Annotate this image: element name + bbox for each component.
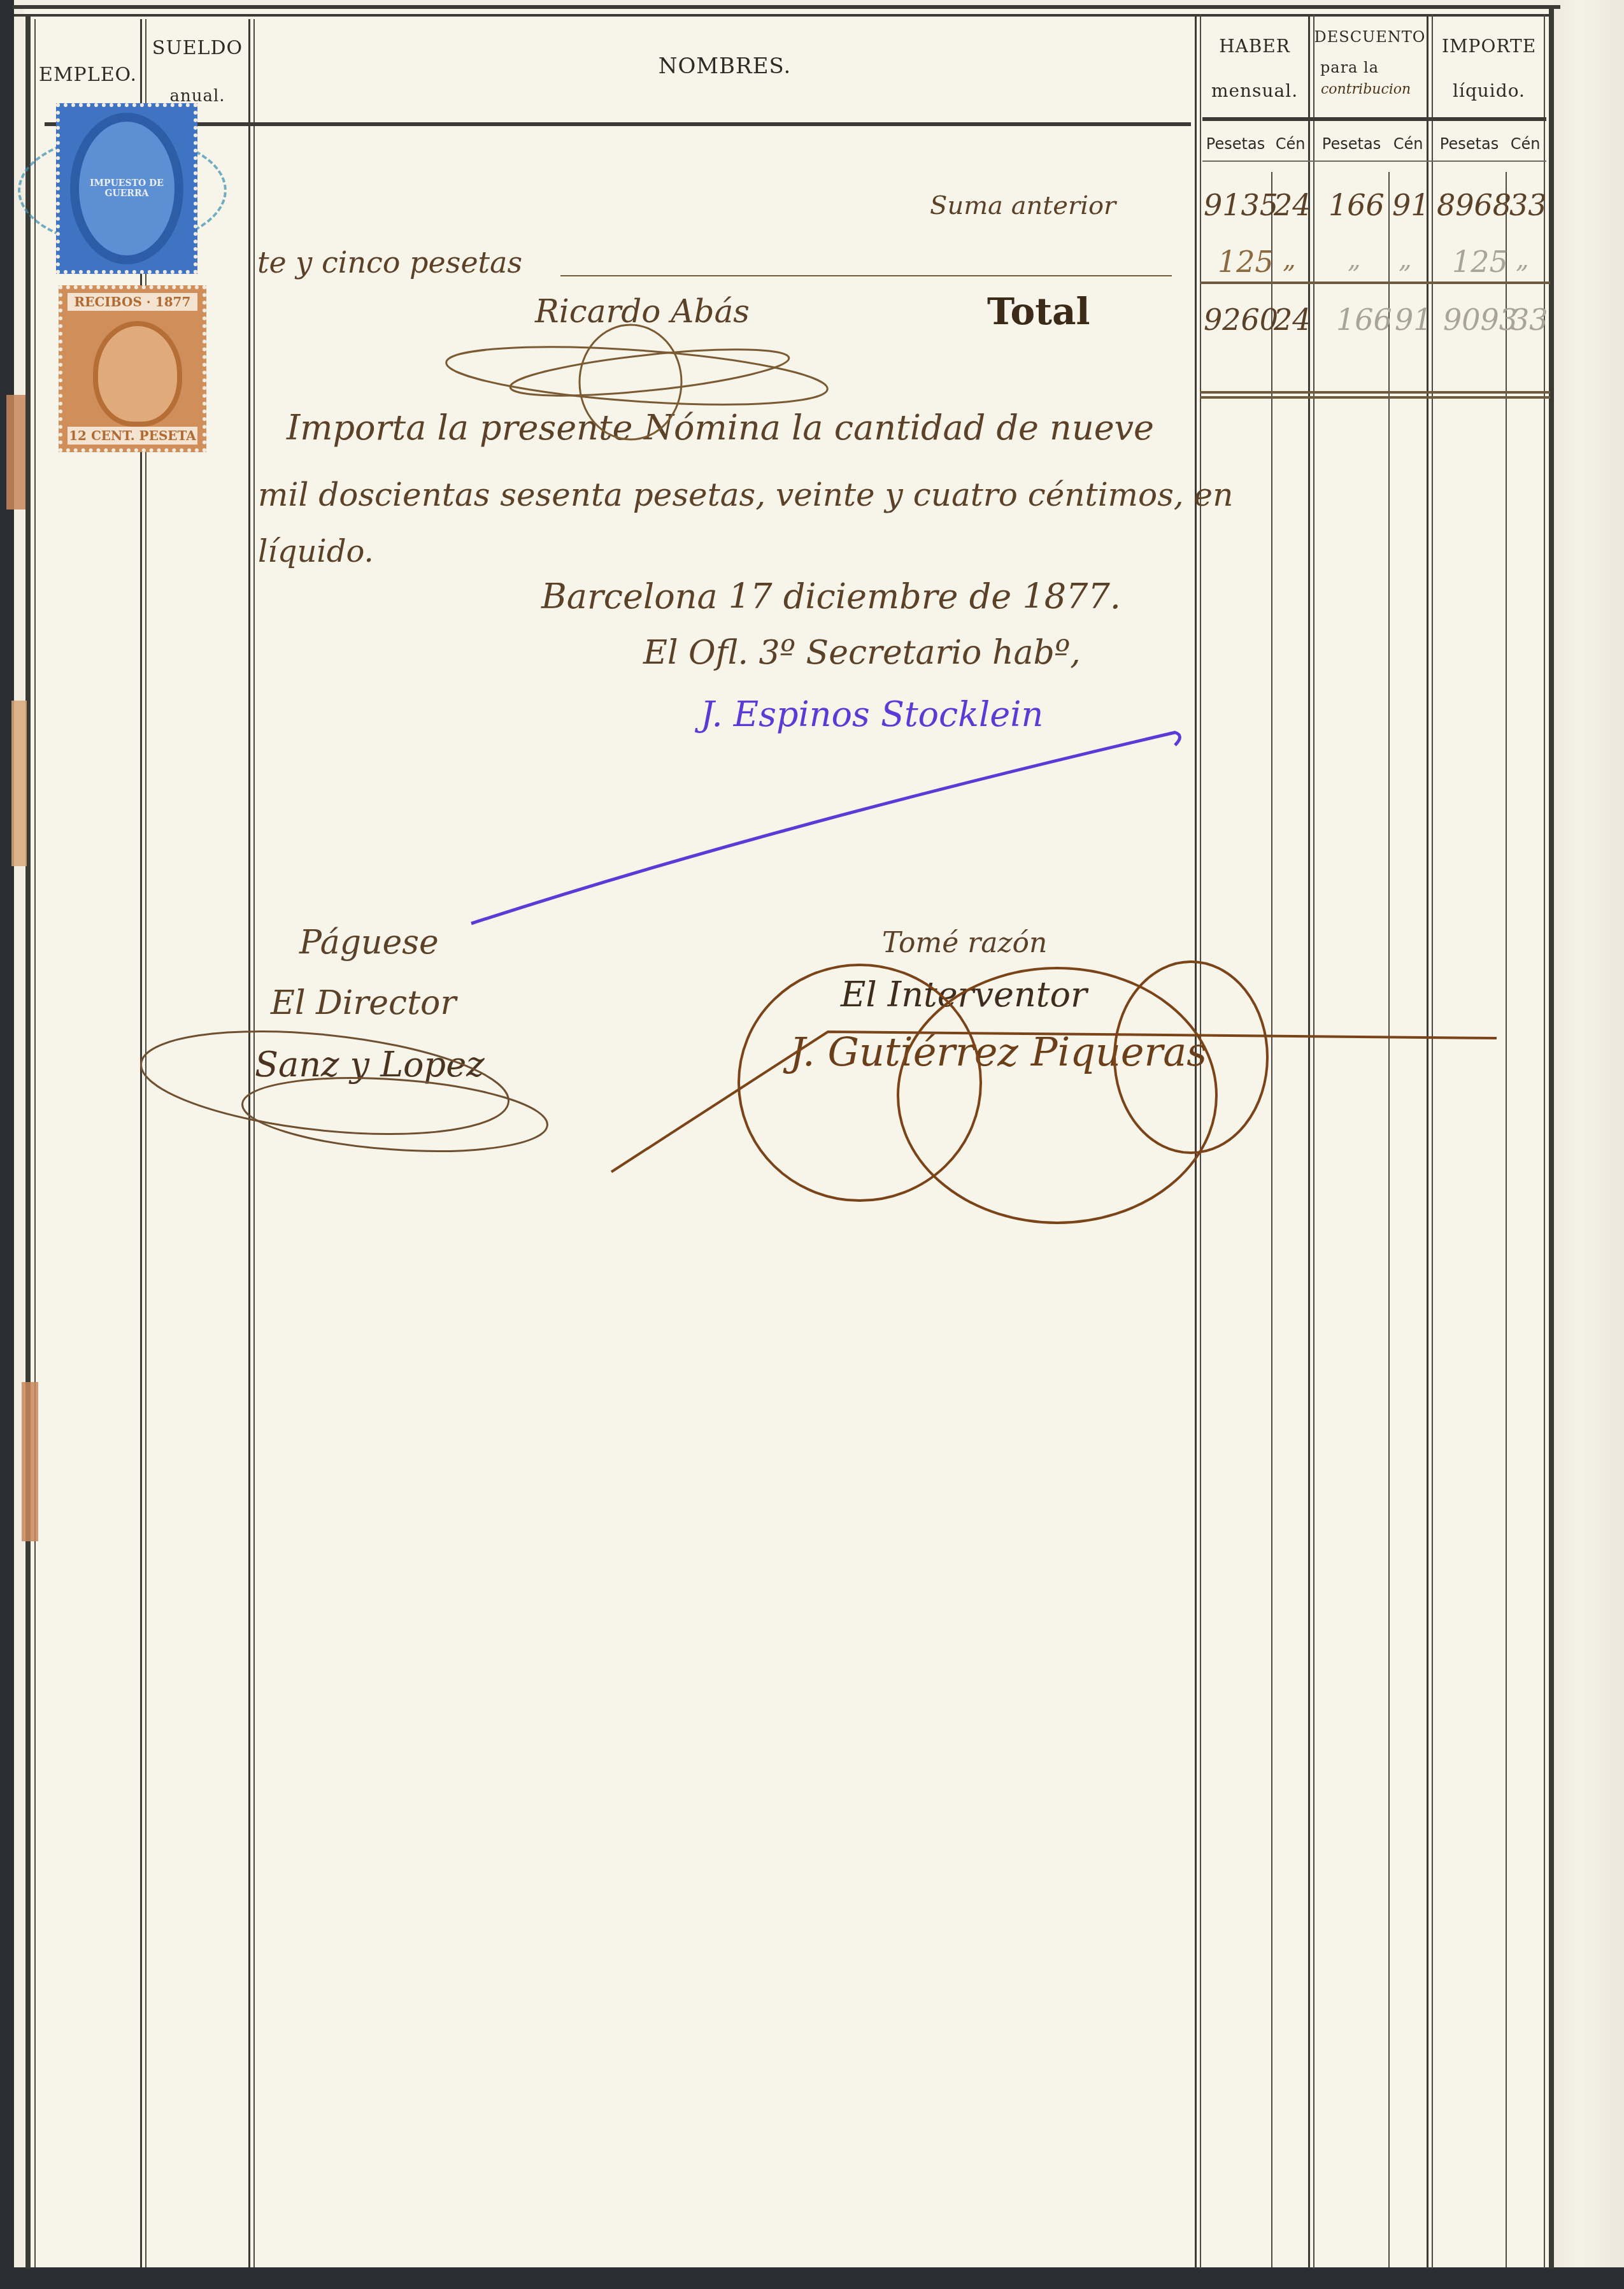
stamp-coat-of-arms-icon	[93, 321, 182, 427]
torn-stamp-fragment-2	[11, 701, 27, 866]
signature-flourishes	[0, 0, 1624, 2289]
torn-stamp-fragment-3	[22, 1382, 38, 1541]
stamp-portrait-oval: IMPUESTO DE GUERRA	[70, 113, 183, 264]
revenue-stamp-orange: RECIBOS · 1877 12 CENT. PESETA	[59, 285, 206, 452]
stamp-orange-bottom-text: 12 CENT. PESETA	[68, 427, 197, 445]
stamp-blue-text: IMPUESTO DE GUERRA	[79, 178, 175, 199]
stamp-orange-top-text: RECIBOS · 1877	[68, 293, 197, 311]
torn-stamp-fragment-1	[6, 395, 25, 510]
revenue-stamp-blue: IMPUESTO DE GUERRA	[56, 103, 197, 274]
